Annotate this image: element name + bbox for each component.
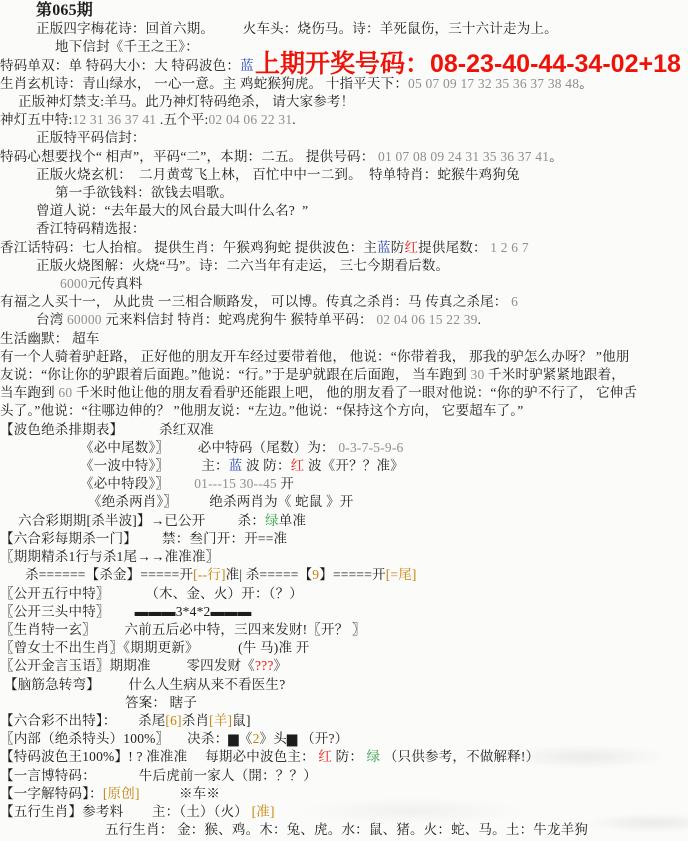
- text-segment: 地下信封《千王之王》：: [55, 39, 199, 54]
- text-segment: .: [478, 312, 482, 327]
- text-segment: 【一字解特码】：: [0, 786, 103, 801]
- doc-line: 正版火烧图解：火烧“马”。诗：二六当年有走运， 三七今期看后数。: [0, 257, 688, 275]
- text-segment: 【六合彩每期杀一门】 禁：叁门开：开==准: [0, 531, 287, 546]
- text-segment: [羊]: [209, 713, 232, 728]
- text-segment: 防: [391, 240, 405, 255]
- text-segment: .: [292, 112, 296, 127]
- text-segment: 。: [549, 149, 563, 164]
- doc-line: 香江特码精选报：: [0, 220, 688, 238]
- text-segment: 》头▆ （开?）: [260, 731, 349, 746]
- doc-line: 《必中特段》〗 01---15 30--45 开: [0, 475, 688, 493]
- doc-line: 〖曾女士不出生肖〗《期期更新》 (牛 马)准 开: [0, 639, 688, 657]
- text-segment: 特码单双：单 特码大小：大 特码波色：: [0, 58, 240, 73]
- text-segment: 60: [58, 385, 72, 400]
- text-segment: 准| 杀=====【: [226, 567, 313, 582]
- text-segment: 元传真料: [88, 276, 143, 291]
- doc-line: 【一言博特码： 牛后虎前一家人（開：？？）: [0, 767, 688, 785]
- text-segment: 友说：“你让你的驴跟着后面跑。”他说：“行。”于是驴就跟在后面跑， 当车跑到: [0, 367, 471, 382]
- lottery-tip-sheet: 第065期正版四字梅花诗：回首六期。 火车头：烧伤马。诗：羊死鼠伤，三十六计走为…: [0, 0, 688, 839]
- text-segment: 〖公开金言玉语〗期期准 零四发财《: [0, 658, 255, 673]
- doc-line: 生活幽默： 超车: [0, 330, 688, 348]
- text-segment: 千米时驴紧紧地跟着，: [484, 367, 625, 382]
- text-segment: 五行生肖： 金：猴、鸡。木：兔、虎。水：鼠、猪。火：蛇、马。土：牛龙羊狗: [105, 822, 588, 837]
- text-segment: 特码心想要找个“ 相声”，平码“二”，本期：二五。 提供号码：: [0, 149, 378, 164]
- text-segment: 《一波中特》〗 主：: [80, 458, 229, 473]
- text-segment: 【波色绝杀排期表】 杀红双准: [0, 422, 214, 437]
- text-segment: 02 04 06 15 22 39: [376, 312, 477, 327]
- doc-line: 第065期: [0, 2, 688, 20]
- doc-line: 【六合彩每期杀一门】 禁：叁门开：开==准: [0, 530, 688, 548]
- text-segment: 0-3-7-5-9-6: [335, 440, 404, 455]
- text-segment: 有一个人骑着驴赶路， 正好他的朋友开车经过要带着他， 他说：“你带着我， 那我的…: [0, 349, 629, 364]
- text-segment: 正版火烧玄机： 二月黄莺飞上林， 百忙中中一二到。 特单特肖：蛇猴牛鸡狗兔: [36, 167, 520, 182]
- text-segment: 开: [277, 476, 294, 491]
- text-segment: 防：: [332, 749, 367, 764]
- text-segment: 红: [291, 458, 305, 473]
- text-segment: 蓝: [229, 458, 243, 473]
- text-segment: 单准: [279, 513, 306, 528]
- text-segment: 红: [318, 749, 332, 764]
- text-segment: 正版神灯禁支:羊马。此乃神灯特码绝杀， 请大家参考！: [18, 94, 354, 109]
- text-segment: 〖期期精杀1行与杀1尾→→准准准〗: [0, 549, 219, 564]
- doc-line: 〖期期精杀1行与杀1尾→→准准准〗: [0, 548, 688, 566]
- text-segment: 第065期: [36, 2, 93, 19]
- text-segment: （只供参考，不做解释!）: [380, 749, 539, 764]
- text-segment: 12 31 36 37 41: [72, 112, 156, 127]
- text-segment: 元来料信封 特肖：蛇鸡虎狗牛 猴特单平码：: [102, 312, 377, 327]
- doc-line: 曾道人说：“去年最大的风台最大叫什么名? ”: [0, 202, 688, 220]
- text-segment: 〖生肖特一玄〗 六前五后必中特，三四来发财!〖开？ 〗: [0, 622, 366, 637]
- doc-line: 香江话特码：七人抬棺。 提供生肖：午猴鸡狗蛇 提供波色：主蓝防红提供尾数： 1 …: [0, 239, 688, 257]
- doc-line: 有一个人骑着驴赶路， 正好他的朋友开车经过要带着他， 他说：“你带着我， 那我的…: [0, 348, 688, 366]
- doc-line: 正版特平码信封：: [0, 129, 688, 147]
- doc-line: 六合彩期期[杀半波]】→已公开 杀：绿单准: [0, 512, 688, 530]
- doc-line: 〖公开五行中特〗 （木、金、火）开：（？）: [0, 585, 688, 603]
- text-segment: [原创]: [103, 786, 140, 801]
- text-segment: 》: [274, 658, 288, 673]
- text-segment: [准]: [252, 804, 275, 819]
- doc-line: 头了。”他说：“往哪边伸的？ ”他朋友说：“左边。”他说：“保持这个方向， 它要…: [0, 402, 688, 420]
- text-segment: 【五行生肖】参考料 主：（土）（火）: [0, 804, 252, 819]
- text-segment: 【特码波色王100%】! ? 准准准 每期必中波色主：: [0, 749, 318, 764]
- doc-line: 〖公开金言玉语〗期期准 零四发财《???》: [0, 657, 688, 675]
- doc-line: 【一字解特码】：[原创] ※车※: [0, 785, 688, 803]
- doc-line: 当车跑到 60 千米时他让他的朋友看看驴还能跟上吧， 他的朋友看了一眼对他说：“…: [0, 384, 688, 402]
- text-segment: 〖公开三头中特〗 ▬▬▬3*4*2▬▬▬: [0, 604, 252, 619]
- text-segment: 神灯五中特:: [0, 112, 72, 127]
- text-segment: 蓝: [240, 58, 254, 73]
- text-segment: 【脑筋急转弯】 什么人生病从来不看医生?: [4, 677, 285, 692]
- doc-line: 第一手欲钱料：欲钱去唱歌。: [0, 184, 688, 202]
- text-segment: 曾道人说：“去年最大的风台最大叫什么名? ”: [36, 203, 308, 218]
- text-segment: 【六合彩不出特】： 杀尾: [0, 713, 165, 728]
- doc-line: 【五行生肖】参考料 主：（土）（火） [准]: [0, 803, 688, 821]
- doc-line: 〖生肖特一玄〗 六前五后必中特，三四来发财!〖开？ 〗: [0, 621, 688, 639]
- text-segment: 杀======【杀金】=====开: [25, 567, 193, 582]
- doc-line: 〖内部（绝杀特头）100%〗 决杀：▆《2》头▆ （开?）: [0, 730, 688, 748]
- doc-line: 《一波中特》〗 主：蓝 波 防：红 波《开？？准》: [0, 457, 688, 475]
- doc-line: 答案： 瞎子: [0, 694, 688, 712]
- doc-line: 杀======【杀金】=====开[--行]准| 杀=====【9】=====开…: [0, 566, 688, 584]
- doc-line: 正版火烧玄机： 二月黄莺飞上林， 百忙中中一二到。 特单特肖：蛇猴牛鸡狗兔: [0, 166, 688, 184]
- text-segment: ※车※: [140, 786, 220, 801]
- text-segment: ???: [255, 658, 274, 673]
- text-segment: 30: [471, 367, 485, 382]
- text-segment: 六合彩期期[杀半波]】→已公开 杀：: [18, 513, 265, 528]
- doc-line: 神灯五中特:12 31 36 37 41 .五个平:02 04 06 22 31…: [0, 111, 688, 129]
- doc-line: 【脑筋急转弯】 什么人生病从来不看医生?: [0, 676, 688, 694]
- text-segment: 台湾: [36, 312, 67, 327]
- text-segment: 当车跑到: [0, 385, 58, 400]
- doc-line: 【波色绝杀排期表】 杀红双准: [0, 421, 688, 439]
- text-segment: 香江话特码：七人抬棺。 提供生肖：午猴鸡狗蛇 提供波色：主: [0, 240, 377, 255]
- text-segment: 〖公开五行中特〗 （木、金、火）开：（？）: [0, 586, 303, 601]
- text-segment: 绿: [265, 513, 279, 528]
- doc-line: 【特码波色王100%】! ? 准准准 每期必中波色主： 红 防： 绿 （只供参考…: [0, 748, 688, 766]
- text-segment: [--行]: [193, 567, 225, 582]
- text-segment: 6000: [60, 276, 88, 291]
- text-segment: 《绝杀两肖》〗 绝杀两肖为《 蛇鼠 》开: [88, 494, 353, 509]
- doc-line: 6000元传真料: [0, 275, 688, 293]
- text-segment: 鼠]: [232, 713, 250, 728]
- doc-line: 五行生肖： 金：猴、鸡。木：兔、虎。水：鼠、猪。火：蛇、马。土：牛龙羊狗: [0, 821, 688, 839]
- text-segment: 第一手欲钱料：欲钱去唱歌。: [55, 185, 233, 200]
- text-segment: 01---15 30--45: [194, 476, 277, 491]
- doc-line: 【六合彩不出特】： 杀尾[6]杀肖[羊]鼠]: [0, 712, 688, 730]
- text-segment: 1 2 6 7: [490, 240, 529, 255]
- text-segment: [=尾]: [386, 567, 417, 582]
- text-segment: 答案： 瞎子: [125, 695, 197, 710]
- doc-line: 正版神灯禁支:羊马。此乃神灯特码绝杀， 请大家参考！: [0, 93, 688, 111]
- text-segment: 正版火烧图解：火烧“马”。诗：二六当年有走运， 三七今期看后数。: [36, 258, 449, 273]
- text-segment: 2: [253, 731, 260, 746]
- text-segment: 有福之人买十一， 从此贵 一三相合顺路发， 可以博。传真之杀肖：马 传真之杀尾：: [0, 294, 511, 309]
- text-segment: 提供尾数：: [418, 240, 490, 255]
- text-segment: 波《开？？准》: [304, 458, 403, 473]
- doc-line: 台湾 60000 元来料信封 特肖：蛇鸡虎狗牛 猴特单平码： 02 04 06 …: [0, 311, 688, 329]
- doc-line: 正版四字梅花诗：回首六期。 火车头：烧伤马。诗：羊死鼠伤，三十六计走为上。: [0, 20, 688, 38]
- text-segment: 〖内部（绝杀特头）100%〗 决杀：▆《: [0, 731, 253, 746]
- doc-line: 《必中尾数》〗 必中特码（尾数）为： 0-3-7-5-9-6: [0, 439, 688, 457]
- text-segment: 《必中尾数》〗 必中特码（尾数）为：: [80, 440, 335, 455]
- text-segment: 波 防：: [242, 458, 290, 473]
- text-segment: 60000: [67, 312, 102, 327]
- text-segment: .五个平:: [156, 112, 208, 127]
- text-segment: 02 04 06 22 31: [208, 112, 292, 127]
- text-segment: 红: [404, 240, 418, 255]
- text-segment: 【一言博特码： 牛后虎前一家人（開：？？）: [0, 768, 317, 783]
- doc-line: 《绝杀两肖》〗 绝杀两肖为《 蛇鼠 》开: [0, 493, 688, 511]
- doc-line: 友说：“你让你的驴跟着后面跑。”他说：“行。”于是驴就跟在后面跑， 当车跑到 3…: [0, 366, 688, 384]
- text-segment: 01 07 08 09 24 31 35 36 37 41: [378, 149, 549, 164]
- text-segment: 绿: [367, 749, 381, 764]
- doc-line: 特码心想要找个“ 相声”，平码“二”，本期：二五。 提供号码： 01 07 08…: [0, 148, 688, 166]
- doc-line: 〖公开三头中特〗 ▬▬▬3*4*2▬▬▬: [0, 603, 688, 621]
- text-segment: 头了。”他说：“往哪边伸的？ ”他朋友说：“左边。”他说：“保持这个方向， 它要…: [0, 403, 523, 418]
- text-segment: 蓝: [377, 240, 391, 255]
- text-segment: 千米时他让他的朋友看看驴还能跟上吧， 他的朋友看了一眼对他说：“你的驴不行了， …: [72, 385, 637, 400]
- text-segment: 正版特平码信封：: [36, 130, 146, 145]
- text-segment: 生活幽默： 超车: [0, 331, 99, 346]
- text-segment: [6]: [165, 713, 181, 728]
- text-segment: 正版四字梅花诗：回首六期。 火车头：烧伤马。诗：羊死鼠伤，三十六计走为上。: [36, 21, 558, 36]
- text-segment: 】=====开: [319, 567, 385, 582]
- text-segment: 〖曾女士不出生肖〗《期期更新》 (牛 马)准 开: [0, 640, 309, 655]
- text-segment: 《必中特段》〗: [80, 476, 194, 491]
- text-segment: 香江特码精选报：: [36, 221, 146, 236]
- doc-line: 有福之人买十一， 从此贵 一三相合顺路发， 可以博。传真之杀肖：马 传真之杀尾：…: [0, 293, 688, 311]
- text-segment: 杀肖: [182, 713, 209, 728]
- text-segment: 6: [511, 294, 518, 309]
- last-draw-numbers-banner: 上期开奖号码：08-23-40-44-34-02+18: [255, 44, 681, 80]
